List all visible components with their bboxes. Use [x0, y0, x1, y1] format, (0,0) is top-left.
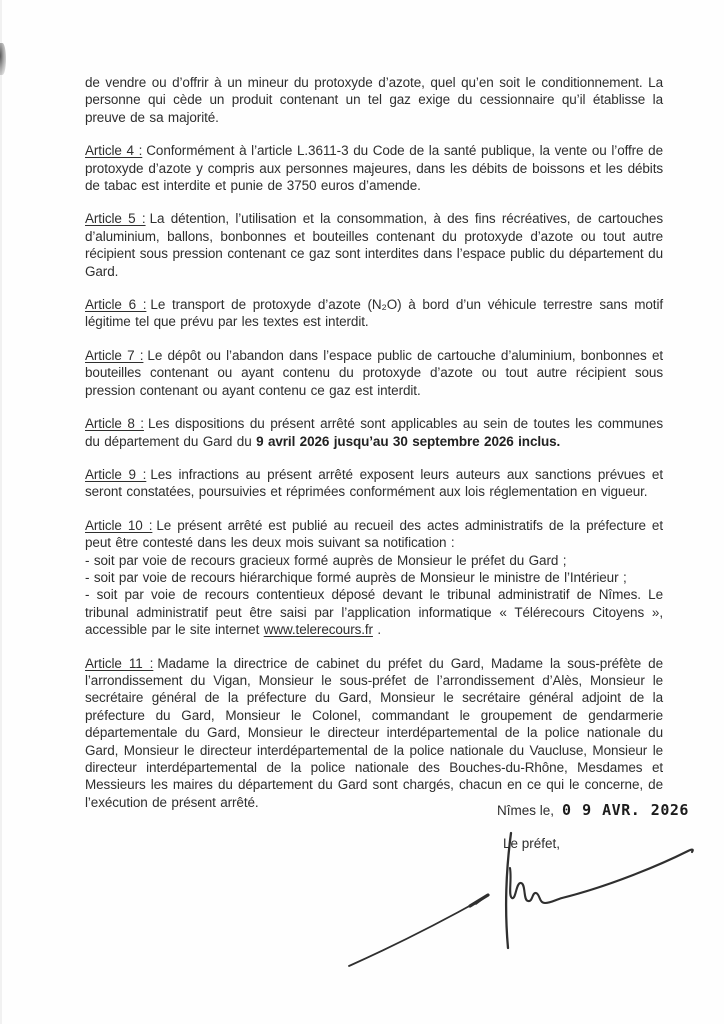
dateline-place: Nîmes le, — [497, 803, 554, 818]
article-11-paragraph: Article 11 :Madame la directrice de cabi… — [85, 655, 663, 812]
telerecours-link: www.telerecours.fr — [264, 622, 373, 637]
article-5-text: La détention, l’utilisation et la consom… — [85, 211, 663, 278]
article-4-text: Conformément à l’article L.3611-3 du Cod… — [85, 143, 663, 193]
article-9-paragraph: Article 9 :Les infractions au présent ar… — [85, 466, 663, 501]
article-7-text: Le dépôt ou l’abandon dans l’espace publ… — [85, 348, 663, 398]
article-6-paragraph: Article 6 :Le transport de protoxyde d’a… — [85, 296, 663, 331]
recours-gracieux-line: - soit par voie de recours gracieux form… — [85, 552, 663, 569]
article-11-label: Article 11 : — [85, 656, 153, 671]
article-6-text: Le transport de protoxyde d’azote (N₂O) … — [85, 297, 663, 329]
recours-contentieux-end: . — [373, 622, 381, 637]
article-10-text: Le présent arrêté est publié au recueil … — [85, 518, 663, 550]
scanned-arrete-page: de vendre ou d’offrir à un mineur du pro… — [0, 0, 724, 1024]
date-stamp: 0 9 AVR. 2026 — [562, 801, 689, 819]
scan-smudge-artifact — [0, 43, 6, 75]
article-4-paragraph: Article 4 :Conformément à l’article L.36… — [85, 142, 663, 194]
article-8-effective-dates: 9 avril 2026 jusqu’au 30 septembre 2026 … — [256, 434, 560, 449]
article-10-paragraph: Article 10 :Le présent arrêté est publié… — [85, 517, 663, 639]
dateline: Nîmes le, 0 9 AVR. 2026 — [497, 801, 689, 819]
article-5-label: Article 5 : — [85, 211, 146, 226]
article-10-label: Article 10 : — [85, 518, 152, 533]
article-7-paragraph: Article 7 :Le dépôt ou l’abandon dans l’… — [85, 347, 663, 399]
recours-hierarchique-line: - soit par voie de recours hiérarchique … — [85, 569, 663, 586]
article-8-label: Article 8 : — [85, 416, 144, 431]
article-8-paragraph: Article 8 :Les dispositions du présent a… — [85, 415, 663, 450]
article-10-intro: Article 10 :Le présent arrêté est publié… — [85, 517, 663, 552]
prefect-signature — [240, 818, 710, 988]
document-body: de vendre ou d’offrir à un mineur du pro… — [85, 74, 663, 827]
article-9-label: Article 9 : — [85, 467, 146, 482]
article-6-label: Article 6 : — [85, 297, 146, 312]
scan-edge-artifact — [0, 0, 2, 1024]
article-4-label: Article 4 : — [85, 143, 142, 158]
article-11-text: Madame la directrice de cabinet du préfe… — [85, 656, 663, 810]
article-5-paragraph: Article 5 :La détention, l’utilisation e… — [85, 210, 663, 280]
paragraph-continuation: de vendre ou d’offrir à un mineur du pro… — [85, 74, 663, 126]
article-7-label: Article 7 : — [85, 348, 143, 363]
recours-contentieux-line: - soit par voie de recours contentieux d… — [85, 586, 663, 638]
article-9-text: Les infractions au présent arrêté expose… — [85, 467, 663, 499]
